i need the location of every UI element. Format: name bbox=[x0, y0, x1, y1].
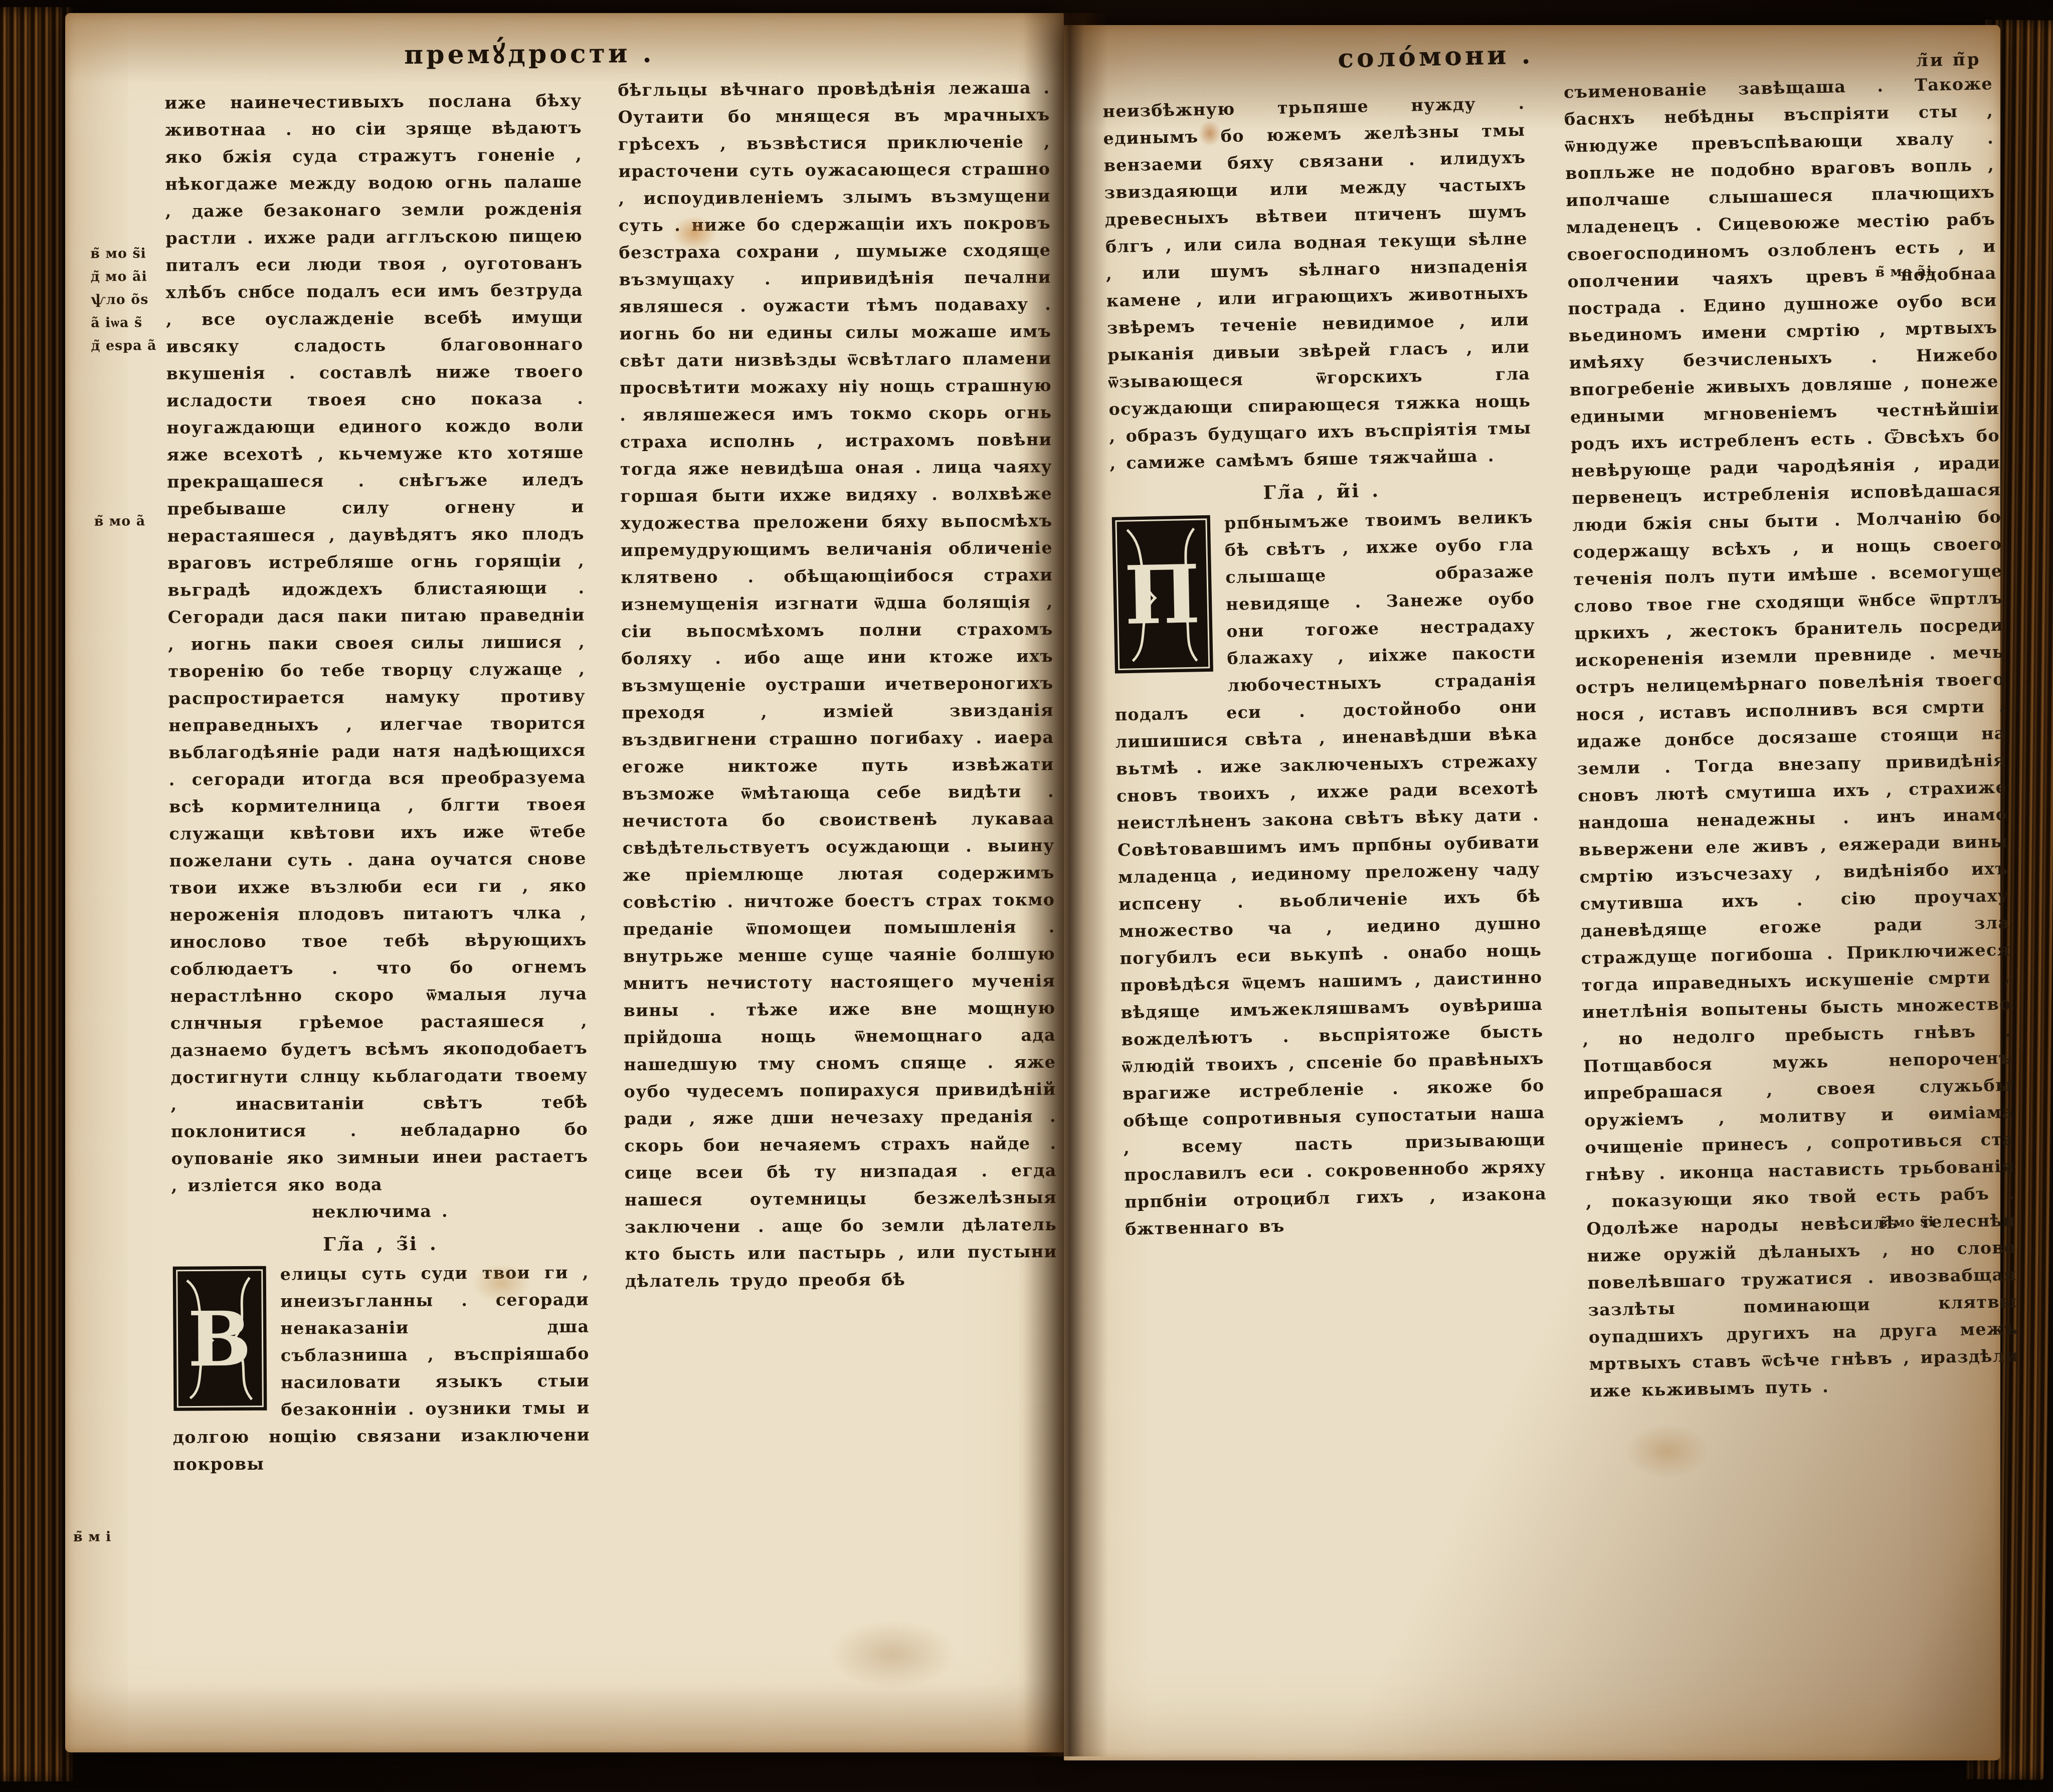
margin-note-left-mid: в̃ мо а̃ bbox=[94, 510, 145, 533]
folio-mark: л̃и п̃р bbox=[1916, 50, 1981, 71]
left-page-ink: премꙋ́дрости . в̃ мо ѕ̃і д̃ мо а̃і ѱло о… bbox=[60, 10, 1069, 1755]
chapter-18-block: П рпбнымъже твоимъ великъ бѣ свѣтъ , ихж… bbox=[1111, 504, 1548, 1243]
ornate-initial-icon: В bbox=[172, 1265, 268, 1412]
running-head-right: соло́мони . bbox=[967, 32, 1904, 81]
left-column-2: бѣгльцы вѣчнаго провѣдѣнія лежаша . Оута… bbox=[618, 74, 1059, 1626]
margin-notes-left-block: в̃ мо ѕ̃і д̃ мо а̃і ѱло о̃ѕ а̃ іѡа ѕ̃ д̃… bbox=[90, 242, 176, 358]
chapter-17-block: В елицы суть суди твои ги , инеизъгланны… bbox=[172, 1259, 591, 1478]
chapter-17-heading: Гл̃а , з̃і . bbox=[171, 1224, 589, 1262]
right-col1-body: неизбѣжную трьпяше нужду . единымъ бо юж… bbox=[1102, 90, 1532, 477]
right-page: соло́мони . л̃и п̃р в̃ мо а̃і в̃ мо ѕ̃і … bbox=[1064, 25, 2000, 1760]
left-col1-body: иже наинечестивыхъ послана бѣху животнаа… bbox=[164, 87, 589, 1200]
left-page: премꙋ́дрости . в̃ мо ѕ̃і д̃ мо а̃і ѱло о… bbox=[65, 13, 1064, 1752]
running-head-left: премꙋ́дрости . bbox=[30, 32, 1029, 74]
left-col2-body: бѣгльцы вѣчнаго провѣдѣнія лежаша . Оута… bbox=[618, 74, 1057, 1295]
svg-text:В: В bbox=[188, 1295, 252, 1384]
left-column-1: иже наинечестивыхъ послана бѣху животнаа… bbox=[164, 87, 591, 1629]
svg-text:П: П bbox=[1124, 547, 1202, 643]
right-col2-body: съименованіе завѣщаша . Такоже баснхъ не… bbox=[1563, 70, 2019, 1405]
margin-note-left-low: в̃ м і bbox=[73, 1526, 112, 1549]
left-col1-paragraph-end: неключима . bbox=[171, 1197, 589, 1227]
right-column-1: неизбѣжную трьпяше нужду . единымъ бо юж… bbox=[1102, 90, 1556, 1667]
right-page-ink: соло́мони . л̃и п̃р в̃ мо а̃і в̃ мо ѕ̃і … bbox=[1057, 10, 2028, 1764]
ornate-initial-icon: П bbox=[1111, 514, 1214, 675]
book-photo: { "book": { "left_page": { "running_head… bbox=[0, 0, 2053, 1792]
right-column-2: съименованіе завѣщаша . Такоже баснхъ не… bbox=[1563, 70, 2024, 1663]
